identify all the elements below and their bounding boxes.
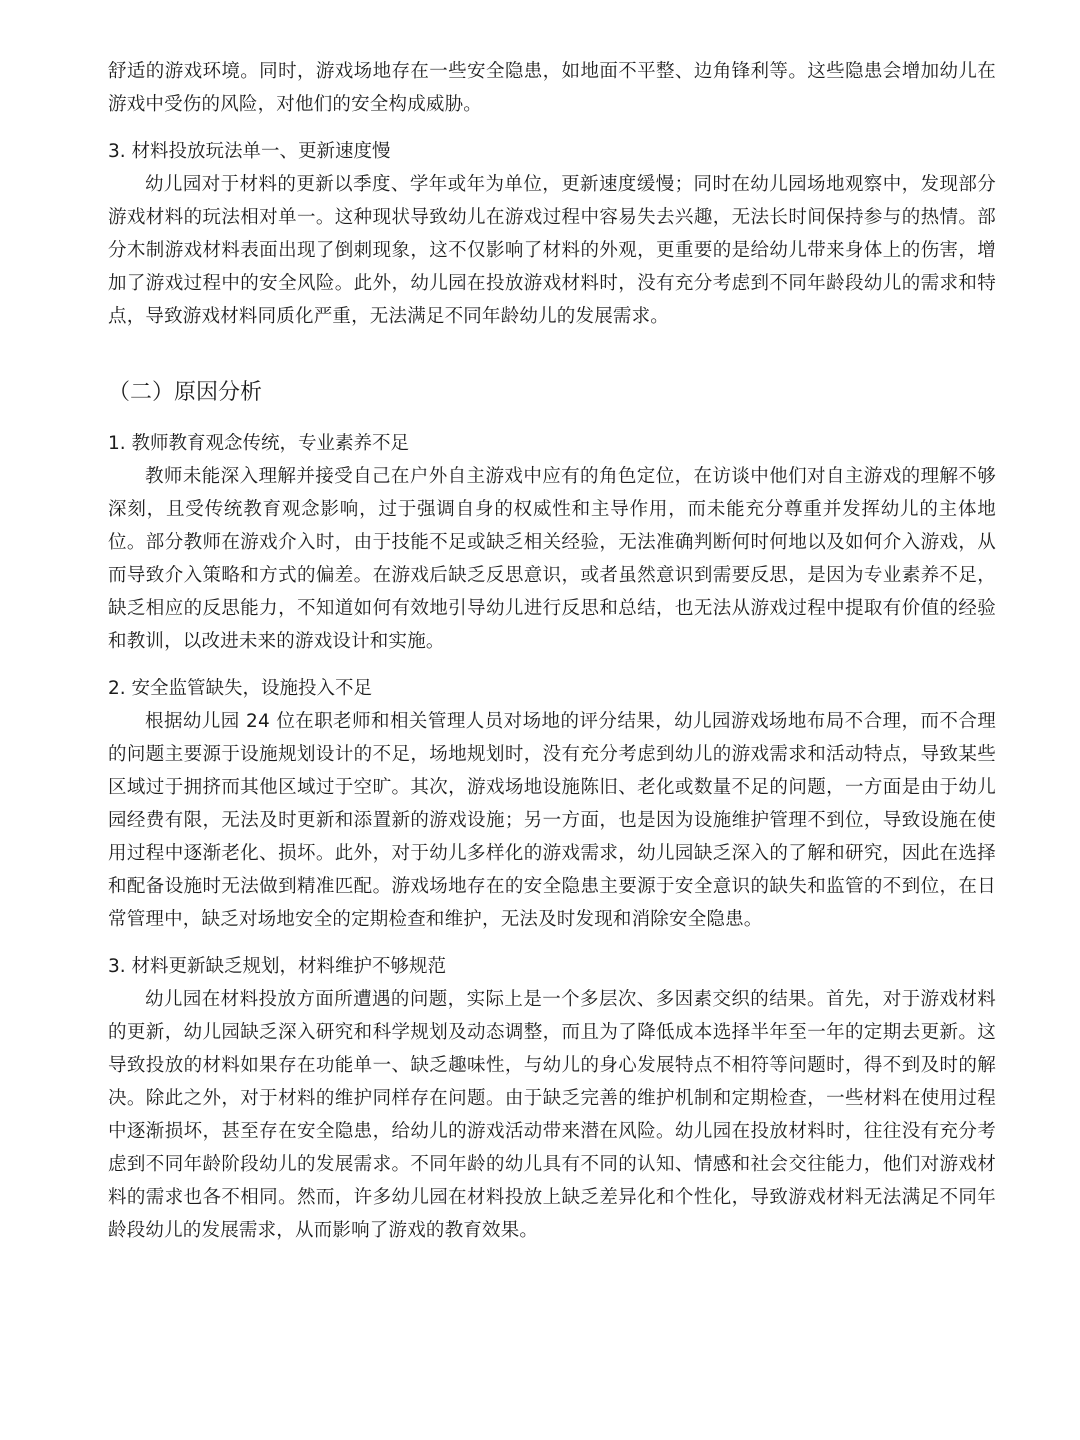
spacer: [108, 658, 996, 672]
intro-paragraph: 舒适的游戏环境。同时，游戏场地存在一些安全隐患，如地面不平整、边角锋利等。这些隐…: [108, 55, 996, 121]
section-title-cause-analysis: （二）原因分析: [108, 373, 996, 413]
cause-1-body: 教师未能深入理解并接受自己在户外自主游戏中应有的角色定位，在访谈中他们对自主游戏…: [108, 460, 996, 658]
cause-2-body: 根据幼儿园 24 位在职老师和相关管理人员对场地的评分结果，幼儿园游戏场地布局不…: [108, 705, 996, 936]
cause-3-body: 幼儿园在材料投放方面所遭遇的问题，实际上是一个多层次、多因素交织的结果。首先，对…: [108, 983, 996, 1247]
cause-1-heading: 1. 教师教育观念传统，专业素养不足: [108, 427, 996, 460]
problem-3-heading: 3. 材料投放玩法单一、更新速度慢: [108, 135, 996, 168]
document-page: 舒适的游戏环境。同时，游戏场地存在一些安全隐患，如地面不平整、边角锋利等。这些隐…: [108, 55, 996, 1247]
cause-3-heading: 3. 材料更新缺乏规划，材料维护不够规范: [108, 950, 996, 983]
spacer: [108, 333, 996, 373]
cause-2-heading: 2. 安全监管缺失，设施投入不足: [108, 672, 996, 705]
spacer: [108, 936, 996, 950]
spacer: [108, 121, 996, 135]
problem-3-body: 幼儿园对于材料的更新以季度、学年或年为单位，更新速度缓慢；同时在幼儿园场地观察中…: [108, 168, 996, 333]
spacer: [108, 413, 996, 427]
